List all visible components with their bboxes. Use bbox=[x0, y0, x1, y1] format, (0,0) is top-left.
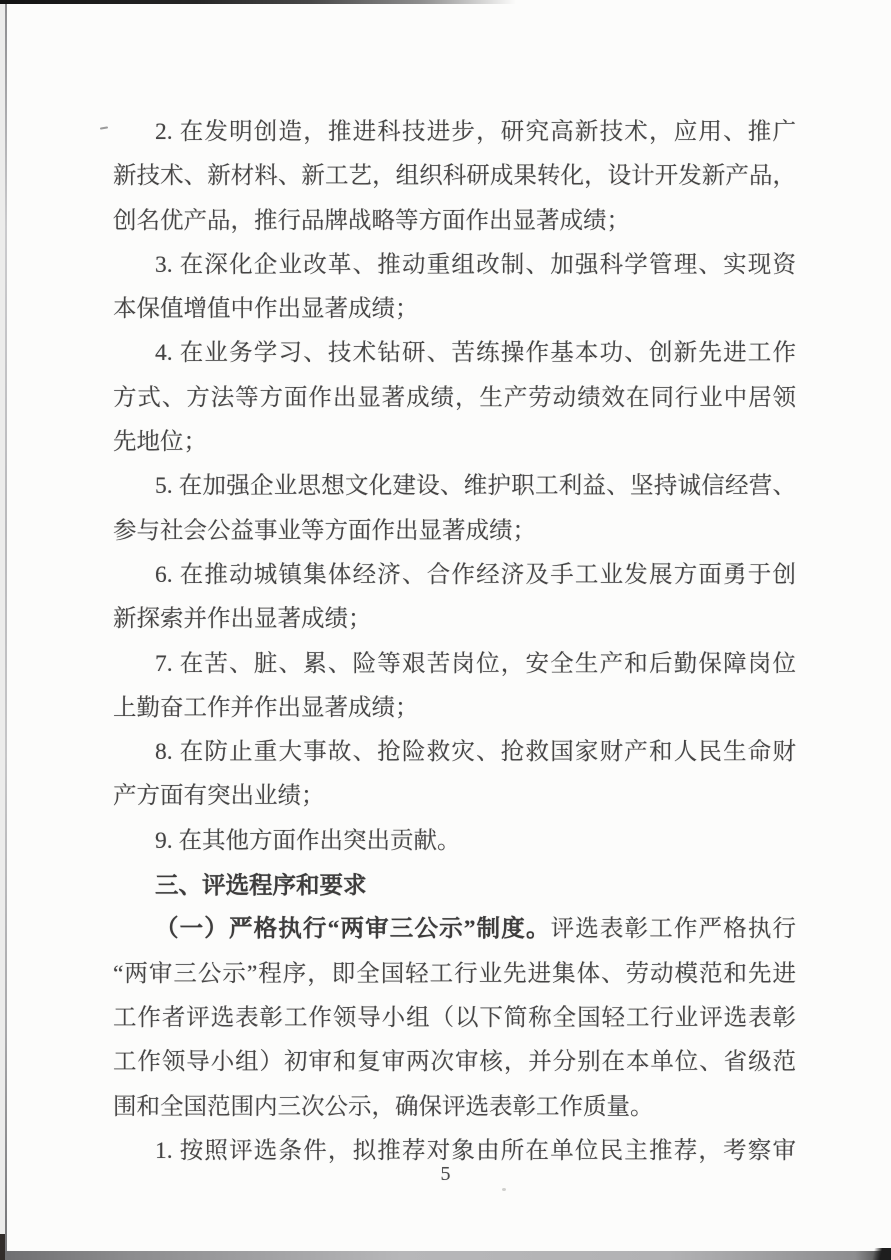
scan-speck bbox=[502, 1188, 506, 1191]
scan-corner-bottom-left bbox=[0, 1234, 5, 1260]
body-line: 工作领导小组）初审和复审两次审核，并分别在本单位、省级范 bbox=[113, 1040, 796, 1084]
scan-edge-top-line bbox=[0, 0, 516, 4]
body-line-text: 评选表彰工作严格执行 bbox=[551, 916, 796, 942]
body-line: 先地位； bbox=[113, 420, 796, 464]
body-line: 8. 在防止重大事故、抢险救灾、抢救国家财产和人民生命财 bbox=[113, 730, 796, 774]
body-line: 参与社会公益事业等方面作出显著成绩； bbox=[113, 509, 796, 553]
body-line: 新探索并作出显著成绩； bbox=[113, 597, 796, 641]
body-line: 新技术、新材料、新工艺，组织科研成果转化，设计开发新产品， bbox=[113, 154, 796, 198]
body-line: “两审三公示”程序，即全国轻工行业先进集体、劳动模范和先进 bbox=[113, 952, 796, 996]
body-line: 4. 在业务学习、技术钻研、苦练操作基本功、创新先进工作 bbox=[113, 331, 796, 375]
section-heading: 三、评选程序和要求 bbox=[113, 863, 796, 907]
body-line: 6. 在推动城镇集体经济、合作经济及手工业发展方面勇于创 bbox=[113, 553, 796, 597]
body-line: 7. 在苦、脏、累、险等艰苦岗位，安全生产和后勤保障岗位 bbox=[113, 642, 796, 686]
body-line: 5. 在加强企业思想文化建设、维护职工利益、坚持诚信经营、 bbox=[113, 464, 796, 508]
body-line: 创名优产品，推行品牌战略等方面作出显著成绩； bbox=[113, 199, 796, 243]
body-line: 3. 在深化企业改革、推动重组改制、加强科学管理、实现资 bbox=[113, 243, 796, 287]
scan-corner-bottom-right bbox=[859, 1248, 891, 1260]
document-body: 2. 在发明创造，推进科技进步，研究高新技术，应用、推广 新技术、新材料、新工艺… bbox=[113, 110, 796, 1173]
scan-edge-left-line bbox=[5, 0, 7, 1260]
body-line: 产方面有突出业绩； bbox=[113, 774, 796, 818]
body-line: 本保值增值中作出显著成绩； bbox=[113, 287, 796, 331]
body-line: 工作者评选表彰工作领导小组（以下简称全国轻工行业评选表彰 bbox=[113, 996, 796, 1040]
document-page: 2. 在发明创造，推进科技进步，研究高新技术，应用、推广 新技术、新材料、新工艺… bbox=[0, 0, 891, 1260]
body-line: （一）严格执行“两审三公示”制度。评选表彰工作严格执行 bbox=[113, 907, 796, 951]
body-line: 围和全国范围内三次公示，确保评选表彰工作质量。 bbox=[113, 1085, 796, 1129]
body-line: 方式、方法等方面作出显著成绩，生产劳动绩效在同行业中居领 bbox=[113, 376, 796, 420]
scan-speck bbox=[100, 126, 108, 129]
body-line: 2. 在发明创造，推进科技进步，研究高新技术，应用、推广 bbox=[113, 110, 796, 154]
page-number: 5 bbox=[0, 1163, 891, 1186]
body-line: 上勤奋工作并作出显著成绩； bbox=[113, 686, 796, 730]
bold-lead: （一）严格执行“两审三公示”制度。 bbox=[155, 916, 551, 942]
scan-edge-bottom-band bbox=[0, 1251, 891, 1260]
body-line: 9. 在其他方面作出突出贡献。 bbox=[113, 819, 796, 863]
